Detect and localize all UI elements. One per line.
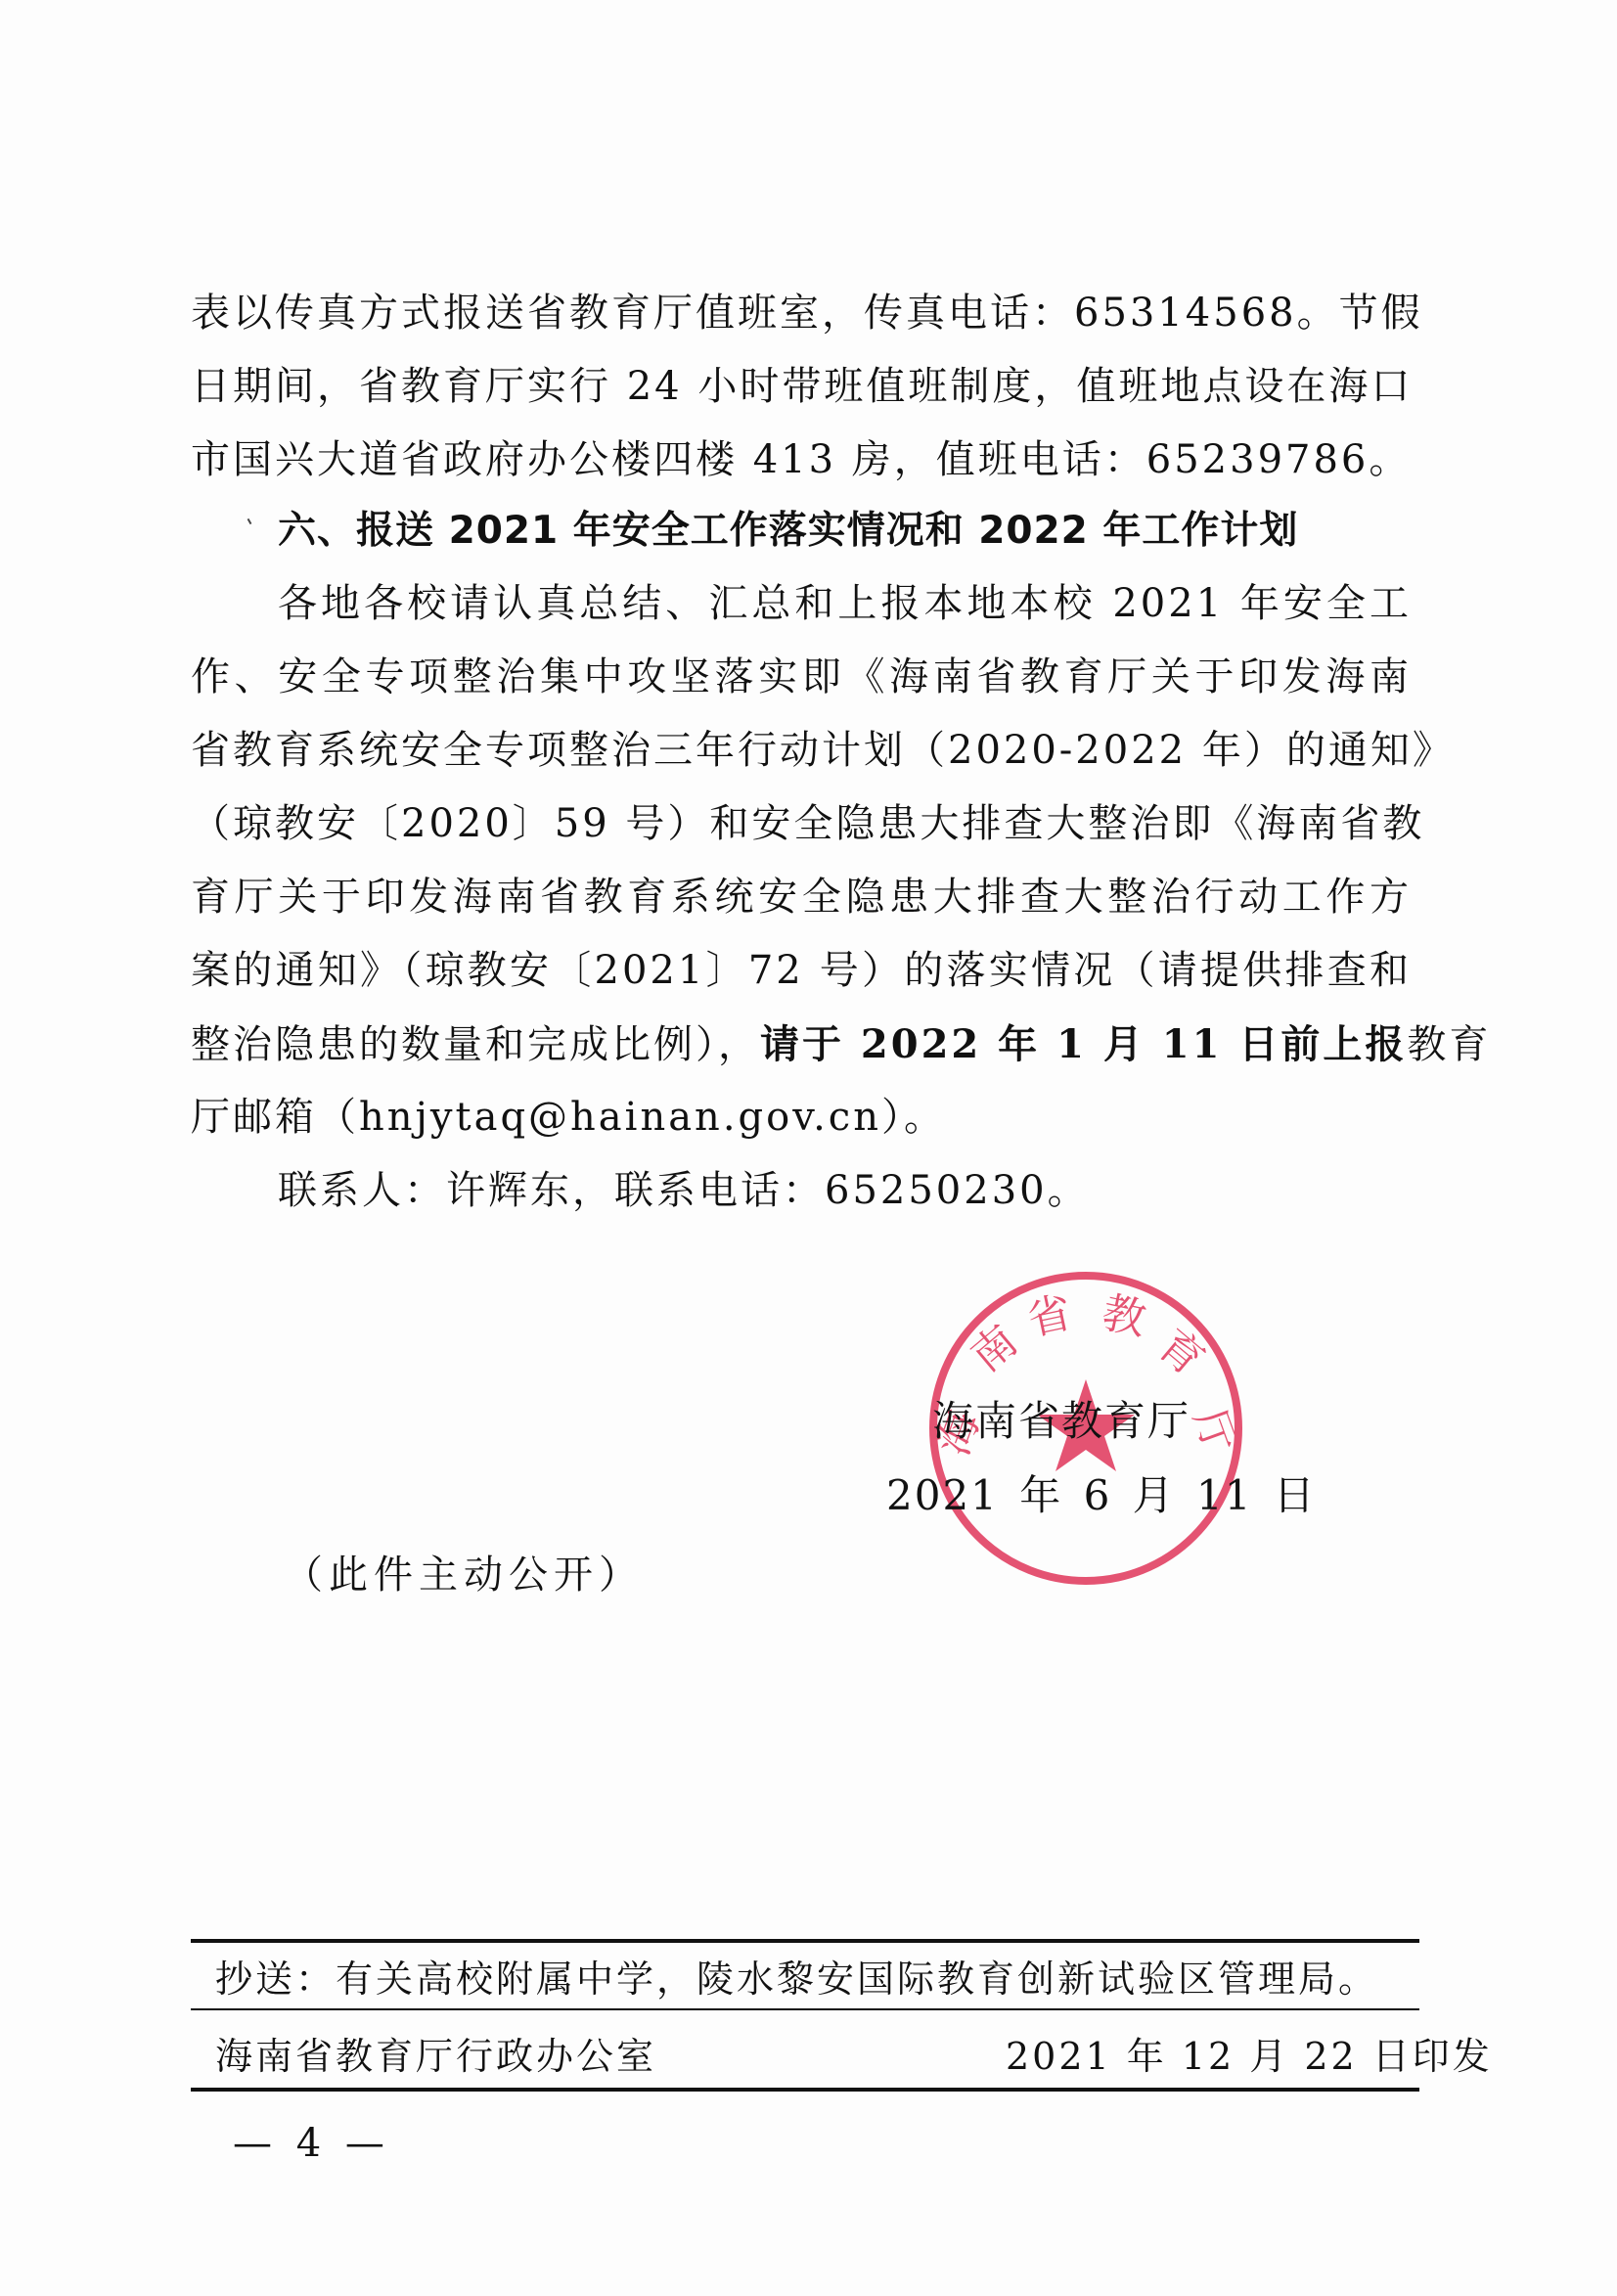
deadline-emphasis: 请于 2022 年 1 月 11 日前上报 (760, 1021, 1407, 1067)
svg-text:省: 省 (1023, 1287, 1076, 1345)
deadline-prefix: 整治隐患的数量和完成比例）， (191, 1022, 760, 1067)
document-page: 表以传真方式报送省教育厅值班室，传真电话：65314568。节假 日期间，省教育… (0, 0, 1617, 2296)
scan-speck (247, 518, 252, 524)
cc-line: 抄送：有关高校附属中学，陵水黎安国际教育创新试验区管理局。 (215, 1950, 1378, 2008)
body-line: 表以传真方式报送省教育厅值班室，传真电话：65314568。节假 (191, 277, 1412, 350)
page-number: — 4 — (233, 2121, 390, 2166)
deadline-line: 整治隐患的数量和完成比例），请于 2022 年 1 月 11 日前上报教育 (191, 1008, 1412, 1081)
signature-date: 2021 年 6 月 11 日 (886, 1463, 1317, 1522)
section-heading: 六、报送 2021 年安全工作落实情况和 2022 年工作计划 (278, 494, 1412, 567)
body-line: 日期间，省教育厅实行 24 小时带班值班制度，值班地点设在海口 (191, 350, 1412, 424)
footer-rule-top (191, 1939, 1419, 1943)
deadline-suffix: 教育 (1407, 1022, 1491, 1067)
email-line: 厅邮箱（hnjytaq@hainan.gov.cn）。 (191, 1081, 1412, 1154)
body-line: 育厅关于印发海南省教育系统安全隐患大排查大整治行动工作方 (191, 861, 1412, 934)
body-line: 案的通知》（琼教安〔2021〕72 号）的落实情况（请提供排查和 (191, 934, 1412, 1008)
contact-line: 联系人：许辉东，联系电话：65250230。 (278, 1154, 1412, 1228)
body-line: 省教育系统安全专项整治三年行动计划（2020-2022 年）的通知》 (191, 714, 1412, 788)
svg-text:教: 教 (1098, 1287, 1150, 1345)
issuing-office: 海南省教育厅行政办公室 (215, 2027, 656, 2086)
body-line: 各地各校请认真总结、汇总和上报本地本校 2021 年安全工 (278, 567, 1412, 641)
disclosure-note: （此件主动公开） (284, 1544, 644, 1599)
signature-issuer: 海南省教育厅 (932, 1389, 1190, 1448)
footer-rule-middle (191, 2008, 1419, 2010)
footer-rule-bottom (191, 2088, 1419, 2092)
body-line: 作、安全专项整治集中攻坚落实即《海南省教育厅关于印发海南 (191, 641, 1412, 714)
body-line: （琼教安〔2020〕59 号）和安全隐患大排查大整治即《海南省教 (191, 788, 1412, 861)
body-line: 市国兴大道省政府办公楼四楼 413 房，值班电话：65239786。 (191, 424, 1412, 497)
print-date: 2021 年 12 月 22 日印发 (1006, 2027, 1493, 2086)
